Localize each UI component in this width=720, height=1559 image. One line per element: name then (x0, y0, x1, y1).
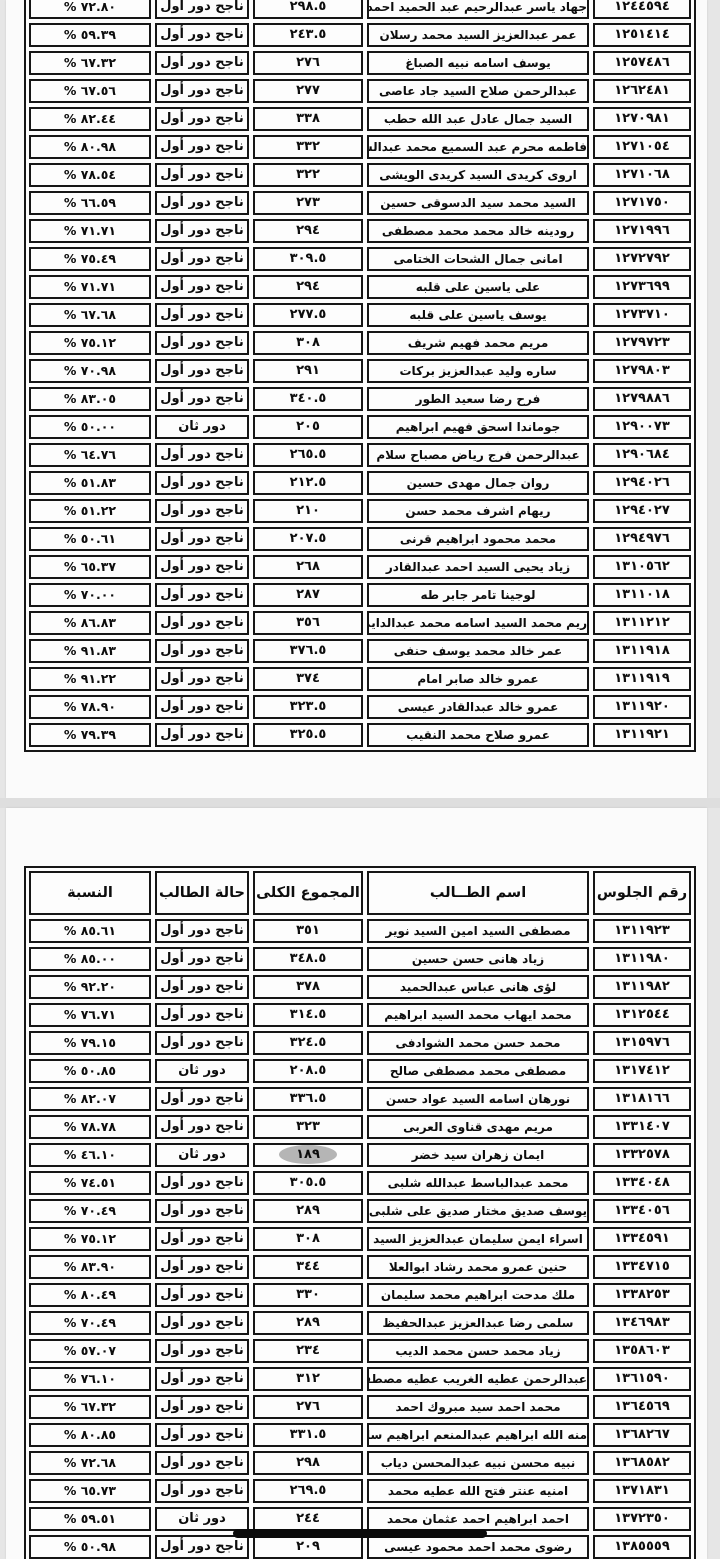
total-score-cell: ٣٠٨ (253, 1227, 363, 1251)
total-score-cell: ٣٢٣ (253, 1115, 363, 1139)
seat-number-cell: ١٣١٨١٦٦ (593, 1087, 691, 1111)
student-name-cell: عبدالرحمن فرج رياض مصباح سلام (367, 443, 589, 467)
percentage-cell: ٥٧.٠٧ % (29, 1339, 151, 1363)
percentage-cell: ٧٨.٩٠ % (29, 695, 151, 719)
total-score-cell: ٣٧٨ (253, 975, 363, 999)
seat-number-cell: ١٢٧٩٨٠٣ (593, 359, 691, 383)
percentage-cell: ٧٨.٧٨ % (29, 1115, 151, 1139)
seat-number-cell: ١٢٧٩٨٨٦ (593, 387, 691, 411)
student-status-header: حالة الطالب (155, 871, 249, 915)
student-status-cell: دور ثان (155, 1143, 249, 1167)
seat-number-cell: ١٢٧٠٩٨١ (593, 107, 691, 131)
student-status-cell: ناجح دور أول (155, 583, 249, 607)
student-status-cell: ناجح دور أول (155, 1311, 249, 1335)
total-score-cell: ٢٠٨.٥ (253, 1059, 363, 1083)
total-score-cell: ٣١٢ (253, 1367, 363, 1391)
seat-number-cell: ١٢٩٤٩٧٦ (593, 527, 691, 551)
table-row: ١٣١١٩٢٣ مصطفى السيد امين السيد نوير ٣٥١ … (29, 919, 691, 943)
total-score-cell: ٣٠٩.٥ (253, 247, 363, 271)
percentage-cell: ٦٥.٣٧ % (29, 555, 151, 579)
student-status-cell: ناجح دور أول (155, 1087, 249, 1111)
student-status-cell: دور ثان (155, 1507, 249, 1531)
table-row: ١٣٣٤٠٤٨ محمد عبدالباسط عبدالله شلبى ٣٠٥.… (29, 1171, 691, 1195)
seat-number-cell: ١٣١١٩٢٣ (593, 919, 691, 943)
table-row: ١٢٧١٠٦٨ اروى كريدى السيد كريدى الويشى ٣٢… (29, 163, 691, 187)
percentage-cell: ٧٠.٩٨ % (29, 359, 151, 383)
student-status-cell: ناجح دور أول (155, 527, 249, 551)
seat-number-cell: ١٢٥٧٤٨٦ (593, 51, 691, 75)
student-name-cell: عبدالرحمن عطيه الغريب عطيه مصطفى (367, 1367, 589, 1391)
seat-number-cell: ١٣١٥٩٧٦ (593, 1031, 691, 1055)
percentage-cell: ٧٩.٣٩ % (29, 723, 151, 747)
results-page-1: ١٢٤٤٥٩٤ جهاد ياسر عبدالرحيم عبد الحميد ا… (6, 0, 707, 798)
total-score-cell: ٢٧٦ (253, 1395, 363, 1419)
percentage-cell: ٧٢.٦٨ % (29, 1451, 151, 1475)
student-name-cell: مريم محمد فهيم شريف (367, 331, 589, 355)
total-score-cell: ٣٣١.٥ (253, 1423, 363, 1447)
student-name-cell: اروى كريدى السيد كريدى الويشى (367, 163, 589, 187)
seat-number-cell: ١٣٦١٥٩٠ (593, 1367, 691, 1391)
table-row: ١٢٧٩٨٠٣ ساره وليد عبدالعزيز بركات ٢٩١ نا… (29, 359, 691, 383)
table-row: ١٢٥١٤١٤ عمر عبدالعزيز السيد محمد رسلان ٢… (29, 23, 691, 47)
table-row: ١٢٧٩٧٢٣ مريم محمد فهيم شريف ٣٠٨ ناجح دور… (29, 331, 691, 355)
student-name-cell: نبيه محسن نبيه عبدالمحسن دياب (367, 1451, 589, 1475)
total-score-cell: ٢٠٧.٥ (253, 527, 363, 551)
seat-number-cell: ١٣٣٨٢٥٣ (593, 1283, 691, 1307)
table-row: ١٣٥٨٦٠٣ زياد محمد حسن محمد الديب ٢٣٤ ناج… (29, 1339, 691, 1363)
student-name-cell: محمد احمد سيد مبروك احمد (367, 1395, 589, 1419)
student-status-cell: ناجح دور أول (155, 499, 249, 523)
total-score-cell: ٣٢٥.٥ (253, 723, 363, 747)
total-score-cell: ٢٦٩.٥ (253, 1479, 363, 1503)
student-name-cell: يوسف اسامه نبيه الصباغ (367, 51, 589, 75)
total-score-cell: ٣٢٤.٥ (253, 1031, 363, 1055)
student-name-cell: السيد جمال عادل عبد الله حطب (367, 107, 589, 131)
percentage-cell: ٦٧.٣٢ % (29, 51, 151, 75)
percentage-cell: ٥٠.٩٨ % (29, 1535, 151, 1559)
percentage-cell: ٦٧.٣٢ % (29, 1395, 151, 1419)
seat-number-cell: ١٣١٠٥٦٢ (593, 555, 691, 579)
total-score-cell: ٢٩٤ (253, 275, 363, 299)
student-name-cell: ملك مدحت ابراهيم محمد سليمان (367, 1283, 589, 1307)
percentage-cell: ٨٣.٩٠ % (29, 1255, 151, 1279)
total-score-cell: ٢٣٤ (253, 1339, 363, 1363)
table-row: ١٣٦٨٢٦٧ منه الله ابراهيم عبدالمنعم ابراه… (29, 1423, 691, 1447)
student-name-cell: مريم مهدى قناوى العربى (367, 1115, 589, 1139)
percentage-cell: ٨٥.٦١ % (29, 919, 151, 943)
percentage-cell: ٧٠.٤٩ % (29, 1311, 151, 1335)
student-status-cell: ناجح دور أول (155, 1199, 249, 1223)
seat-number-cell: ١٣١١٩٨٠ (593, 947, 691, 971)
seat-number-cell: ١٢٩٠٠٧٣ (593, 415, 691, 439)
percentage-cell: ٧٩.١٥ % (29, 1031, 151, 1055)
percentage-cell: ٥٠.٦١ % (29, 527, 151, 551)
student-status-cell: ناجح دور أول (155, 135, 249, 159)
total-score-cell: ٢١٢.٥ (253, 471, 363, 495)
total-score-cell: ٣٧٦.٥ (253, 639, 363, 663)
total-score-cell: ٢٤٤ (253, 1507, 363, 1531)
student-name-cell: عبدالرحمن صلاح السيد جاد عاصى (367, 79, 589, 103)
total-score-cell: ٢١٠ (253, 499, 363, 523)
student-status-cell: ناجح دور أول (155, 359, 249, 383)
percentage-cell: ٩٢.٢٠ % (29, 975, 151, 999)
student-name-cell: عمرو خالد عبدالقادر عيسى (367, 695, 589, 719)
percentage-cell: ٨٣.٠٥ % (29, 387, 151, 411)
table-row: ١٣٣٨٢٥٣ ملك مدحت ابراهيم محمد سليمان ٣٣٠… (29, 1283, 691, 1307)
table-row: ١٢٩٤٠٢٦ روان جمال مهدى حسين ٢١٢.٥ ناجح د… (29, 471, 691, 495)
student-name-cell: جهاد ياسر عبدالرحيم عبد الحميد احمد (367, 0, 589, 19)
percentage-header: النسبة (29, 871, 151, 915)
student-status-cell: ناجح دور أول (155, 303, 249, 327)
table-row: ١٣١١٢١٢ ريم محمد السيد اسامه محمد عبدالد… (29, 611, 691, 635)
total-score-cell: ٣٧٤ (253, 667, 363, 691)
student-status-cell: ناجح دور أول (155, 79, 249, 103)
total-score-cell: ٣٣٢ (253, 135, 363, 159)
total-score-cell: ٣١٤.٥ (253, 1003, 363, 1027)
total-score-cell: ٢٧٣ (253, 191, 363, 215)
total-score-cell: ٢٦٨ (253, 555, 363, 579)
marker-strike-line (233, 1529, 487, 1538)
total-score-cell: ٢٦٥.٥ (253, 443, 363, 467)
percentage-cell: ٨٠.٩٨ % (29, 135, 151, 159)
table-row: ١٢٦٢٤٨١ عبدالرحمن صلاح السيد جاد عاصى ٢٧… (29, 79, 691, 103)
total-score-cell: ٢٨٩ (253, 1311, 363, 1335)
seat-number-cell: ١٣١١٢١٢ (593, 611, 691, 635)
percentage-cell: ٧٠.٠٠ % (29, 583, 151, 607)
student-name-cell: منه الله ابراهيم عبدالمنعم ابراهيم سليما… (367, 1423, 589, 1447)
total-score-cell: ٢٠٩ (253, 1535, 363, 1559)
student-name-cell: زياد محمد حسن محمد الديب (367, 1339, 589, 1363)
student-status-cell: ناجح دور أول (155, 1171, 249, 1195)
student-status-cell: ناجح دور أول (155, 1003, 249, 1027)
student-name-cell: محمد حسن محمد الشوادفى (367, 1031, 589, 1055)
percentage-cell: ٥١.٢٢ % (29, 499, 151, 523)
table-row: ١٢٥٧٤٨٦ يوسف اسامه نبيه الصباغ ٢٧٦ ناجح … (29, 51, 691, 75)
student-name-cell: ايمان زهران سيد خضر (367, 1143, 589, 1167)
table-row: ١٢٩٠٦٨٤ عبدالرحمن فرج رياض مصباح سلام ٢٦… (29, 443, 691, 467)
student-status-cell: ناجح دور أول (155, 219, 249, 243)
student-name-cell: رودينه خالد محمد محمد مصطفى (367, 219, 589, 243)
percentage-cell: ٨٥.٠٠ % (29, 947, 151, 971)
seat-number-cell: ١٢٩٠٦٨٤ (593, 443, 691, 467)
table-row: ١٣١٠٥٦٢ زياد يحيى السيد احمد عبدالقادر ٢… (29, 555, 691, 579)
percentage-cell: ٦٦.٥٩ % (29, 191, 151, 215)
table-row: ١٣٣١٤٠٧ مريم مهدى قناوى العربى ٣٢٣ ناجح … (29, 1115, 691, 1139)
student-name-header: اسم الطــالب (367, 871, 589, 915)
student-status-cell: ناجح دور أول (155, 1423, 249, 1447)
student-name-cell: نورهان اسامه السيد عواد حسن (367, 1087, 589, 1111)
total-score-cell: ٢٨٩ (253, 1199, 363, 1223)
seat-number-cell: ١٣١٧٤١٢ (593, 1059, 691, 1083)
table-row: ١٢٧١٠٥٤ فاطمه محرم عبد السميع محمد عبدال… (29, 135, 691, 159)
total-score-cell: ٢٤٣.٥ (253, 23, 363, 47)
student-name-cell: حنين عمرو محمد رشاد ابوالعلا (367, 1255, 589, 1279)
seat-number-cell: ١٣٦٨٥٨٢ (593, 1451, 691, 1475)
highlight-ellipse: ١٨٩ (279, 1145, 337, 1164)
table-row: ١٢٧٩٨٨٦ فرح رضا سعيد الطور ٣٤٠.٥ ناجح دو… (29, 387, 691, 411)
results-table-page1: ١٢٤٤٥٩٤ جهاد ياسر عبدالرحيم عبد الحميد ا… (24, 0, 696, 752)
seat-number-cell: ١٣٦٨٢٦٧ (593, 1423, 691, 1447)
student-status-cell: دور ثان (155, 1059, 249, 1083)
table-row: ١٢٧٠٩٨١ السيد جمال عادل عبد الله حطب ٣٣٨… (29, 107, 691, 131)
total-score-cell: ٣٠٥.٥ (253, 1171, 363, 1195)
seat-number-cell: ١٢٩٤٠٢٧ (593, 499, 691, 523)
student-name-cell: محمد محمود ابراهيم قرنى (367, 527, 589, 551)
table-row: ١٢٧١٧٥٠ السيد محمد سيد الدسوقى حسين ٢٧٣ … (29, 191, 691, 215)
student-name-cell: عمر خالد محمد يوسف حنفى (367, 639, 589, 663)
table-row: ١٢٩٤٠٢٧ ريهام اشرف محمد حسن ٢١٠ ناجح دور… (29, 499, 691, 523)
table-row: ١٣١٨١٦٦ نورهان اسامه السيد عواد حسن ٣٣٦.… (29, 1087, 691, 1111)
student-name-cell: زياد هانى حسن حسين (367, 947, 589, 971)
total-score-cell: ٢٠٥ (253, 415, 363, 439)
table-row: ١٣١٧٤١٢ مصطفى محمد مصطفى صالح ٢٠٨.٥ دور … (29, 1059, 691, 1083)
seat-number-cell: ١٢٧١٩٩٦ (593, 219, 691, 243)
seat-number-cell: ١٣١١٩١٨ (593, 639, 691, 663)
seat-number-cell: ١٣٨٥٥٥٩ (593, 1535, 691, 1559)
student-name-cell: عمر عبدالعزيز السيد محمد رسلان (367, 23, 589, 47)
table-row: ١٢٧١٩٩٦ رودينه خالد محمد محمد مصطفى ٢٩٤ … (29, 219, 691, 243)
student-name-cell: عمرو خالد صابر امام (367, 667, 589, 691)
student-status-cell: ناجح دور أول (155, 1255, 249, 1279)
student-status-cell: ناجح دور أول (155, 23, 249, 47)
student-name-cell: فاطمه محرم عبد السميع محمد عبدالشهيد (367, 135, 589, 159)
total-score-cell: ٢٧٧ (253, 79, 363, 103)
table-row: ١٣٧٢٣٥٠ احمد ابراهيم احمد عثمان محمد ٢٤٤… (29, 1507, 691, 1531)
student-status-cell: ناجح دور أول (155, 1339, 249, 1363)
table-row: ١٣٨٥٥٥٩ رضوى محمد احمد محمود عيسى ٢٠٩ نا… (29, 1535, 691, 1559)
student-name-cell: يوسف صديق مختار صديق على شلبى (367, 1199, 589, 1223)
total-score-cell: ٣٢٣.٥ (253, 695, 363, 719)
student-name-cell: على ياسين على قلبه (367, 275, 589, 299)
student-status-cell: ناجح دور أول (155, 723, 249, 747)
total-score-cell: ٢٧٦ (253, 51, 363, 75)
seat-number-cell: ١٣٣٤٥٩١ (593, 1227, 691, 1251)
table-row: ١٣١١٩٢٠ عمرو خالد عبدالقادر عيسى ٣٢٣.٥ ن… (29, 695, 691, 719)
table-row: ١٣٦١٥٩٠ عبدالرحمن عطيه الغريب عطيه مصطفى… (29, 1367, 691, 1391)
table-row: ١٣١١٩١٩ عمرو خالد صابر امام ٣٧٤ ناجح دور… (29, 667, 691, 691)
percentage-cell: ٤٦.١٠ % (29, 1143, 151, 1167)
student-status-cell: ناجح دور أول (155, 275, 249, 299)
student-status-cell: ناجح دور أول (155, 331, 249, 355)
seat-number-cell: ١٣٣٤٠٥٦ (593, 1199, 691, 1223)
table-row: ١٣١١٠١٨ لوجينا تامر جابر طه ٢٨٧ ناجح دور… (29, 583, 691, 607)
percentage-cell: ٩١.٢٢ % (29, 667, 151, 691)
student-status-cell: ناجح دور أول (155, 639, 249, 663)
percentage-cell: ٧٥.٤٩ % (29, 247, 151, 271)
student-status-cell: ناجح دور أول (155, 611, 249, 635)
percentage-cell: ٥٩.٥١ % (29, 1507, 151, 1531)
total-score-header: المجموع الكلى (253, 871, 363, 915)
student-status-cell: ناجح دور أول (155, 51, 249, 75)
table-row: ١٣٦٨٥٨٢ نبيه محسن نبيه عبدالمحسن دياب ٢٩… (29, 1451, 691, 1475)
results-page-2: رقم الجلوس اسم الطــالب المجموع الكلى حا… (6, 808, 707, 1559)
table-row: ١٣٤٦٩٨٣ سلمى رضا عبدالعزيز عبدالحفيظ ٢٨٩… (29, 1311, 691, 1335)
percentage-cell: ٦٧.٥٦ % (29, 79, 151, 103)
percentage-cell: ٨٢.٤٤ % (29, 107, 151, 131)
seat-number-cell: ١٣٣٤٧١٥ (593, 1255, 691, 1279)
percentage-cell: ٧١.٧١ % (29, 275, 151, 299)
table-row: ١٣١٥٩٧٦ محمد حسن محمد الشوادفى ٣٢٤.٥ ناج… (29, 1031, 691, 1055)
percentage-cell: ٨٦.٨٣ % (29, 611, 151, 635)
student-status-cell: ناجح دور أول (155, 667, 249, 691)
percentage-cell: ٧٦.٧١ % (29, 1003, 151, 1027)
seat-number-cell: ١٢٧٣٦٩٩ (593, 275, 691, 299)
student-status-cell: ناجح دور أول (155, 1031, 249, 1055)
table-row: ١٣١١٩٨٢ لؤى هانى عباس عبدالحميد ٣٧٨ ناجح… (29, 975, 691, 999)
percentage-cell: ٧٦.١٠ % (29, 1367, 151, 1391)
percentage-cell: ٦٥.٧٣ % (29, 1479, 151, 1503)
student-status-cell: ناجح دور أول (155, 1395, 249, 1419)
table-row: ١٣٣٤٧١٥ حنين عمرو محمد رشاد ابوالعلا ٣٤٤… (29, 1255, 691, 1279)
student-name-cell: ريم محمد السيد اسامه محمد عبدالدايم (367, 611, 589, 635)
seat-number-cell: ١٣٦٤٥٦٩ (593, 1395, 691, 1419)
total-score-cell: ١٨٩ (253, 1143, 363, 1167)
table-row: ١٢٤٤٥٩٤ جهاد ياسر عبدالرحيم عبد الحميد ا… (29, 0, 691, 19)
student-name-cell: مصطفى السيد امين السيد نوير (367, 919, 589, 943)
table-row: ١٣٣٢٥٧٨ ايمان زهران سيد خضر ١٨٩ دور ثان … (29, 1143, 691, 1167)
student-name-cell: روان جمال مهدى حسين (367, 471, 589, 495)
total-score-cell: ٢٩١ (253, 359, 363, 383)
total-score-cell: ٢٩٤ (253, 219, 363, 243)
percentage-cell: ٧٥.١٢ % (29, 331, 151, 355)
percentage-cell: ٦٧.٦٨ % (29, 303, 151, 327)
student-status-cell: ناجح دور أول (155, 247, 249, 271)
total-score-cell: ٣٣٠ (253, 1283, 363, 1307)
table-row: ١٣١١٩٨٠ زياد هانى حسن حسين ٣٤٨.٥ ناجح دو… (29, 947, 691, 971)
student-status-cell: ناجح دور أول (155, 471, 249, 495)
total-score-cell: ٢٧٧.٥ (253, 303, 363, 327)
student-status-cell: ناجح دور أول (155, 947, 249, 971)
student-name-cell: السيد محمد سيد الدسوقى حسين (367, 191, 589, 215)
percentage-cell: ٩١.٨٣ % (29, 639, 151, 663)
seat-number-cell: ١٣١١٠١٨ (593, 583, 691, 607)
table-row: ١٣١١٩١٨ عمر خالد محمد يوسف حنفى ٣٧٦.٥ نا… (29, 639, 691, 663)
student-name-cell: عمرو صلاح محمد النقيب (367, 723, 589, 747)
total-score-cell: ٢٨٧ (253, 583, 363, 607)
percentage-cell: ٥٩.٣٩ % (29, 23, 151, 47)
student-name-cell: سلمى رضا عبدالعزيز عبدالحفيظ (367, 1311, 589, 1335)
total-score-cell: ٢٩٨.٥ (253, 0, 363, 19)
seat-number-header: رقم الجلوس (593, 871, 691, 915)
percentage-cell: ٧٨.٥٤ % (29, 163, 151, 187)
table-row: ١٢٧٢٧٩٢ امانى جمال الشحات الختامى ٣٠٩.٥ … (29, 247, 691, 271)
total-score-cell: ٢٩٨ (253, 1451, 363, 1475)
table-row: ١٣١٢٥٤٤ محمد ايهاب محمد السيد ابراهيم ٣١… (29, 1003, 691, 1027)
percentage-cell: ٦٤.٧٦ % (29, 443, 151, 467)
percentage-cell: ٧١.٧١ % (29, 219, 151, 243)
table-row: ١٣٦٤٥٦٩ محمد احمد سيد مبروك احمد ٢٧٦ ناج… (29, 1395, 691, 1419)
table-row: ١٣١١٩٢١ عمرو صلاح محمد النقيب ٣٢٥.٥ ناجح… (29, 723, 691, 747)
student-name-cell: يوسف ياسين على قلبه (367, 303, 589, 327)
student-name-cell: لؤى هانى عباس عبدالحميد (367, 975, 589, 999)
student-status-cell: ناجح دور أول (155, 0, 249, 19)
student-name-cell: احمد ابراهيم احمد عثمان محمد (367, 1507, 589, 1531)
student-name-cell: زياد يحيى السيد احمد عبدالقادر (367, 555, 589, 579)
student-status-cell: ناجح دور أول (155, 191, 249, 215)
student-name-cell: ساره وليد عبدالعزيز بركات (367, 359, 589, 383)
seat-number-cell: ١٣١١٩٢١ (593, 723, 691, 747)
student-status-cell: ناجح دور أول (155, 1283, 249, 1307)
student-name-cell: محمد عبدالباسط عبدالله شلبى (367, 1171, 589, 1195)
table-row: ١٢٩٤٩٧٦ محمد محمود ابراهيم قرنى ٢٠٧.٥ نا… (29, 527, 691, 551)
percentage-cell: ٥١.٨٣ % (29, 471, 151, 495)
results-table-page2: رقم الجلوس اسم الطــالب المجموع الكلى حا… (24, 866, 696, 1559)
student-status-cell: ناجح دور أول (155, 975, 249, 999)
student-status-cell: ناجح دور أول (155, 1451, 249, 1475)
student-name-cell: اسراء ايمن سليمان عبدالعزيز السيد (367, 1227, 589, 1251)
total-score-cell: ٣٤٤ (253, 1255, 363, 1279)
seat-number-cell: ١٢٧٢٧٩٢ (593, 247, 691, 271)
table-row: ١٢٧٣٧١٠ يوسف ياسين على قلبه ٢٧٧.٥ ناجح د… (29, 303, 691, 327)
table-row: ١٣٣٤٥٩١ اسراء ايمن سليمان عبدالعزيز السي… (29, 1227, 691, 1251)
table-row: ١٢٧٣٦٩٩ على ياسين على قلبه ٢٩٤ ناجح دور … (29, 275, 691, 299)
table-header-row: رقم الجلوس اسم الطــالب المجموع الكلى حا… (29, 871, 691, 915)
percentage-cell: ٥٠.٠٠ % (29, 415, 151, 439)
percentage-cell: ٧٠.٤٩ % (29, 1199, 151, 1223)
total-score-cell: ٣٤٠.٥ (253, 387, 363, 411)
student-status-cell: ناجح دور أول (155, 555, 249, 579)
percentage-cell: ٧٤.٥١ % (29, 1171, 151, 1195)
student-status-cell: ناجح دور أول (155, 919, 249, 943)
student-name-cell: ريهام اشرف محمد حسن (367, 499, 589, 523)
table-row: ١٣٧١٨٣١ امنيه عنتر فتح الله عطيه محمد ٢٦… (29, 1479, 691, 1503)
seat-number-cell: ١٣٣٢٥٧٨ (593, 1143, 691, 1167)
student-status-cell: ناجح دور أول (155, 1367, 249, 1391)
seat-number-cell: ١٣٣١٤٠٧ (593, 1115, 691, 1139)
student-name-cell: محمد ايهاب محمد السيد ابراهيم (367, 1003, 589, 1027)
student-status-cell: ناجح دور أول (155, 387, 249, 411)
total-score-cell: ٣٥١ (253, 919, 363, 943)
page-break-gap (0, 798, 720, 808)
seat-number-cell: ١٣٤٦٩٨٣ (593, 1311, 691, 1335)
student-status-cell: ناجح دور أول (155, 1479, 249, 1503)
total-score-cell: ٣٥٦ (253, 611, 363, 635)
student-status-cell: ناجح دور أول (155, 163, 249, 187)
student-status-cell: ناجح دور أول (155, 1535, 249, 1559)
seat-number-cell: ١٢٤٤٥٩٤ (593, 0, 691, 19)
student-name-cell: فرح رضا سعيد الطور (367, 387, 589, 411)
seat-number-cell: ١٢٥١٤١٤ (593, 23, 691, 47)
student-status-cell: ناجح دور أول (155, 1115, 249, 1139)
student-name-cell: لوجينا تامر جابر طه (367, 583, 589, 607)
seat-number-cell: ١٣١٢٥٤٤ (593, 1003, 691, 1027)
seat-number-cell: ١٢٧١٠٦٨ (593, 163, 691, 187)
seat-number-cell: ١٣١١٩٢٠ (593, 695, 691, 719)
percentage-cell: ٨٠.٨٥ % (29, 1423, 151, 1447)
student-name-cell: جوماندا اسحق فهيم ابراهيم (367, 415, 589, 439)
percentage-cell: ٧٢.٨٠ % (29, 0, 151, 19)
seat-number-cell: ١٢٧٩٧٢٣ (593, 331, 691, 355)
table-row: ١٢٩٠٠٧٣ جوماندا اسحق فهيم ابراهيم ٢٠٥ دو… (29, 415, 691, 439)
student-name-cell: امانى جمال الشحات الختامى (367, 247, 589, 271)
student-name-cell: رضوى محمد احمد محمود عيسى (367, 1535, 589, 1559)
student-status-cell: ناجح دور أول (155, 443, 249, 467)
seat-number-cell: ١٣٧١٨٣١ (593, 1479, 691, 1503)
total-score-cell: ٣٢٢ (253, 163, 363, 187)
percentage-cell: ٧٥.١٢ % (29, 1227, 151, 1251)
total-score-cell: ٣٠٨ (253, 331, 363, 355)
seat-number-cell: ١٢٦٢٤٨١ (593, 79, 691, 103)
percentage-cell: ٨٠.٤٩ % (29, 1283, 151, 1307)
student-name-cell: امنيه عنتر فتح الله عطيه محمد (367, 1479, 589, 1503)
table-row: ١٣٣٤٠٥٦ يوسف صديق مختار صديق على شلبى ٢٨… (29, 1199, 691, 1223)
seat-number-cell: ١٢٩٤٠٢٦ (593, 471, 691, 495)
seat-number-cell: ١٣٥٨٦٠٣ (593, 1339, 691, 1363)
seat-number-cell: ١٣٣٤٠٤٨ (593, 1171, 691, 1195)
total-score-cell: ٣٤٨.٥ (253, 947, 363, 971)
seat-number-cell: ١٣٧٢٣٥٠ (593, 1507, 691, 1531)
percentage-cell: ٨٢.٠٧ % (29, 1087, 151, 1111)
